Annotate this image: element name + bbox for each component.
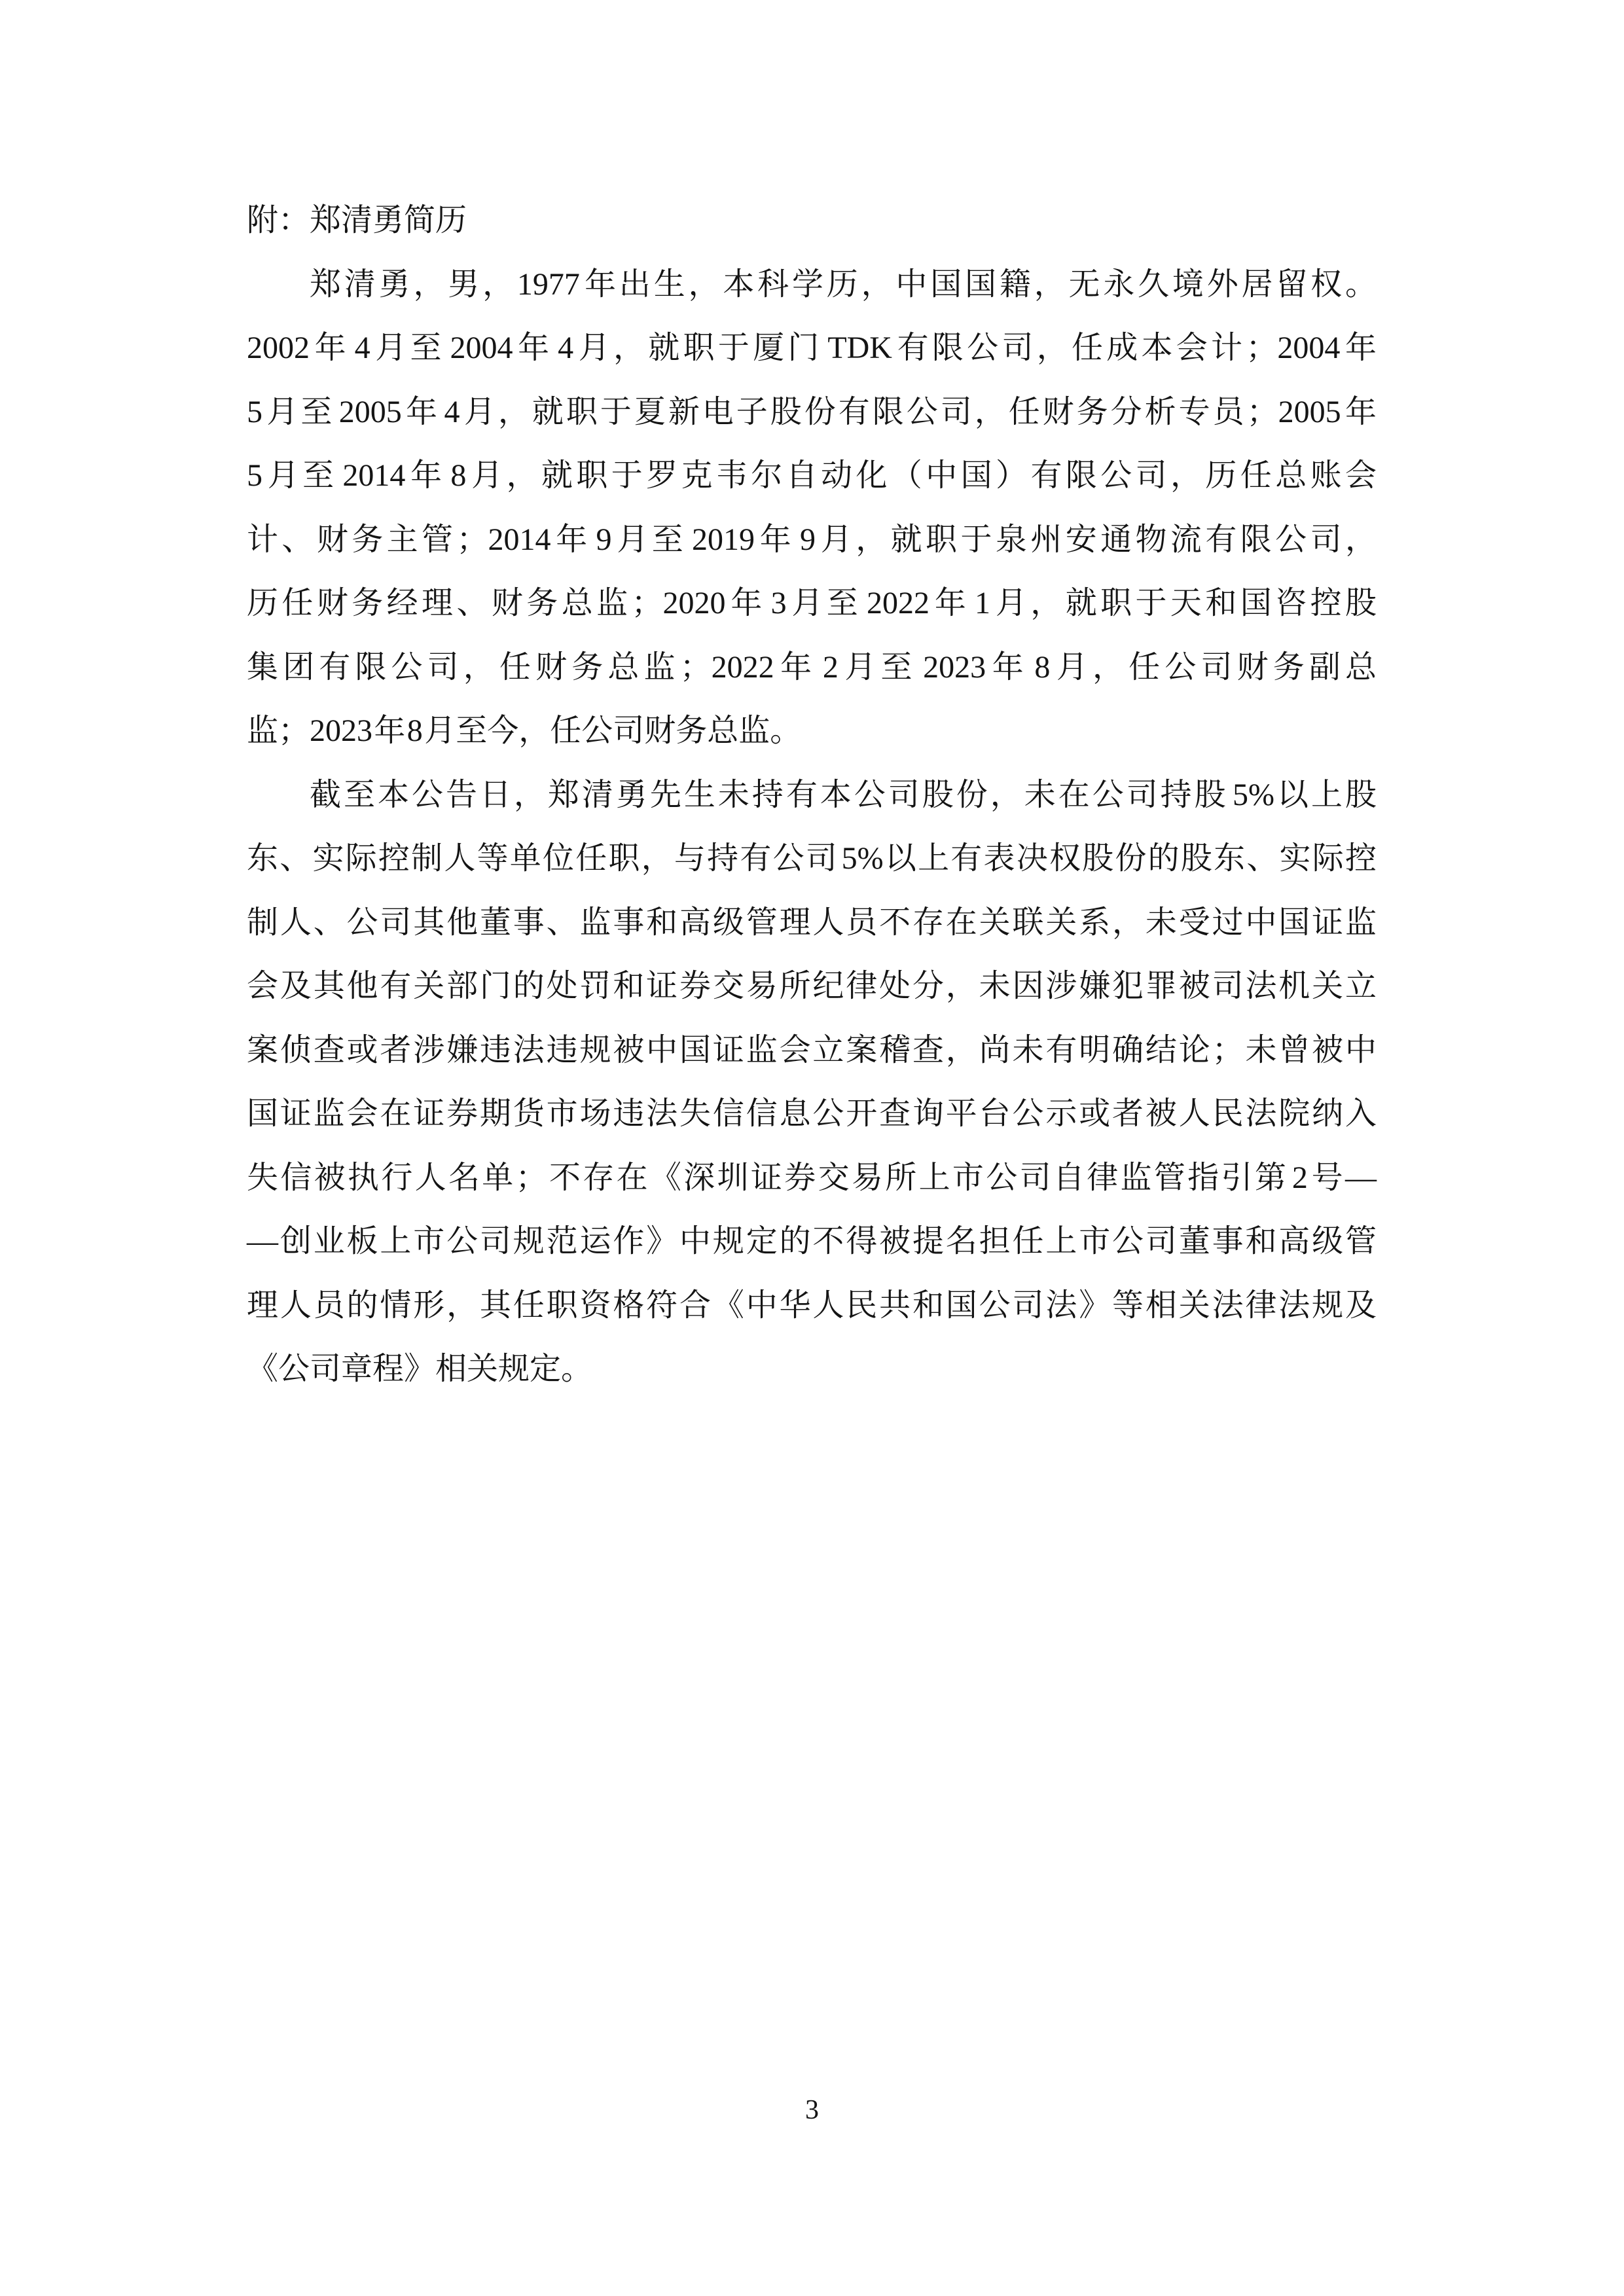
career-paragraph-line: 计、财务主管；2014 年 9 月至 2019 年 9 月，就职于泉州安通物流有… xyxy=(247,508,1377,572)
qualification-paragraph-line: —创业板上市公司规范运作》中规定的不得被提名担任上市公司董事和高级管 xyxy=(247,1210,1377,1274)
qualification-paragraph-line: 理人员的情形，其任职资格符合《中华人民共和国公司法》等相关法律法规及 xyxy=(247,1274,1377,1338)
career-paragraph-line: 监；2023 年 8 月至今，任公司财务总监。 xyxy=(247,699,1377,763)
document-text-block: 附：郑清勇简历 郑清勇，男，1977 年出生，本科学历，中国国籍，无永久境外居留… xyxy=(247,188,1377,1401)
qualification-paragraph-line: 失信被执行人名单；不存在《深圳证券交易所上市公司自律监管指引第 2 号— xyxy=(247,1146,1377,1210)
career-paragraph-line: 5 月至 2005 年 4 月，就职于夏新电子股份有限公司，任财务分析专员；20… xyxy=(247,380,1377,444)
qualification-paragraph-line: 案侦查或者涉嫌违法违规被中国证监会立案稽查，尚未有明确结论；未曾被中 xyxy=(247,1018,1377,1083)
attachment-heading: 附：郑清勇简历 xyxy=(247,188,1377,253)
qualification-paragraph-line: 截至本公告日，郑清勇先生未持有本公司股份，未在公司持股 5%以上股 xyxy=(247,763,1377,827)
qualification-paragraph-line: 会及其他有关部门的处罚和证券交易所纪律处分，未因涉嫌犯罪被司法机关立 xyxy=(247,954,1377,1018)
qualification-paragraph-line: 国证监会在证券期货市场违法失信信息公开查询平台公示或者被人民法院纳入 xyxy=(247,1082,1377,1146)
career-paragraph-line: 历任财务经理、财务总监；2020 年 3 月至 2022 年 1 月，就职于天和… xyxy=(247,571,1377,636)
career-paragraph-line: 集团有限公司，任财务总监；2022 年 2 月至 2023 年 8 月，任公司财… xyxy=(247,636,1377,700)
career-paragraph-line: 郑清勇，男，1977 年出生，本科学历，中国国籍，无永久境外居留权。 xyxy=(247,253,1377,317)
career-paragraph-line: 2002 年 4 月至 2004 年 4 月，就职于厦门 TDK 有限公司，任成… xyxy=(247,316,1377,380)
document-page: 附：郑清勇简历 郑清勇，男，1977 年出生，本科学历，中国国籍，无永久境外居留… xyxy=(0,0,1624,2296)
page-number: 3 xyxy=(0,2093,1624,2127)
career-paragraph-line: 5 月至 2014 年 8 月，就职于罗克韦尔自动化（中国）有限公司，历任总账会 xyxy=(247,444,1377,508)
qualification-paragraph-line: 东、实际控制人等单位任职，与持有公司 5%以上有表决权股份的股东、实际控 xyxy=(247,827,1377,891)
qualification-paragraph-line: 制人、公司其他董事、监事和高级管理人员不存在关联关系，未受过中国证监 xyxy=(247,891,1377,955)
qualification-paragraph-line: 《公司章程》相关规定。 xyxy=(247,1337,1377,1401)
